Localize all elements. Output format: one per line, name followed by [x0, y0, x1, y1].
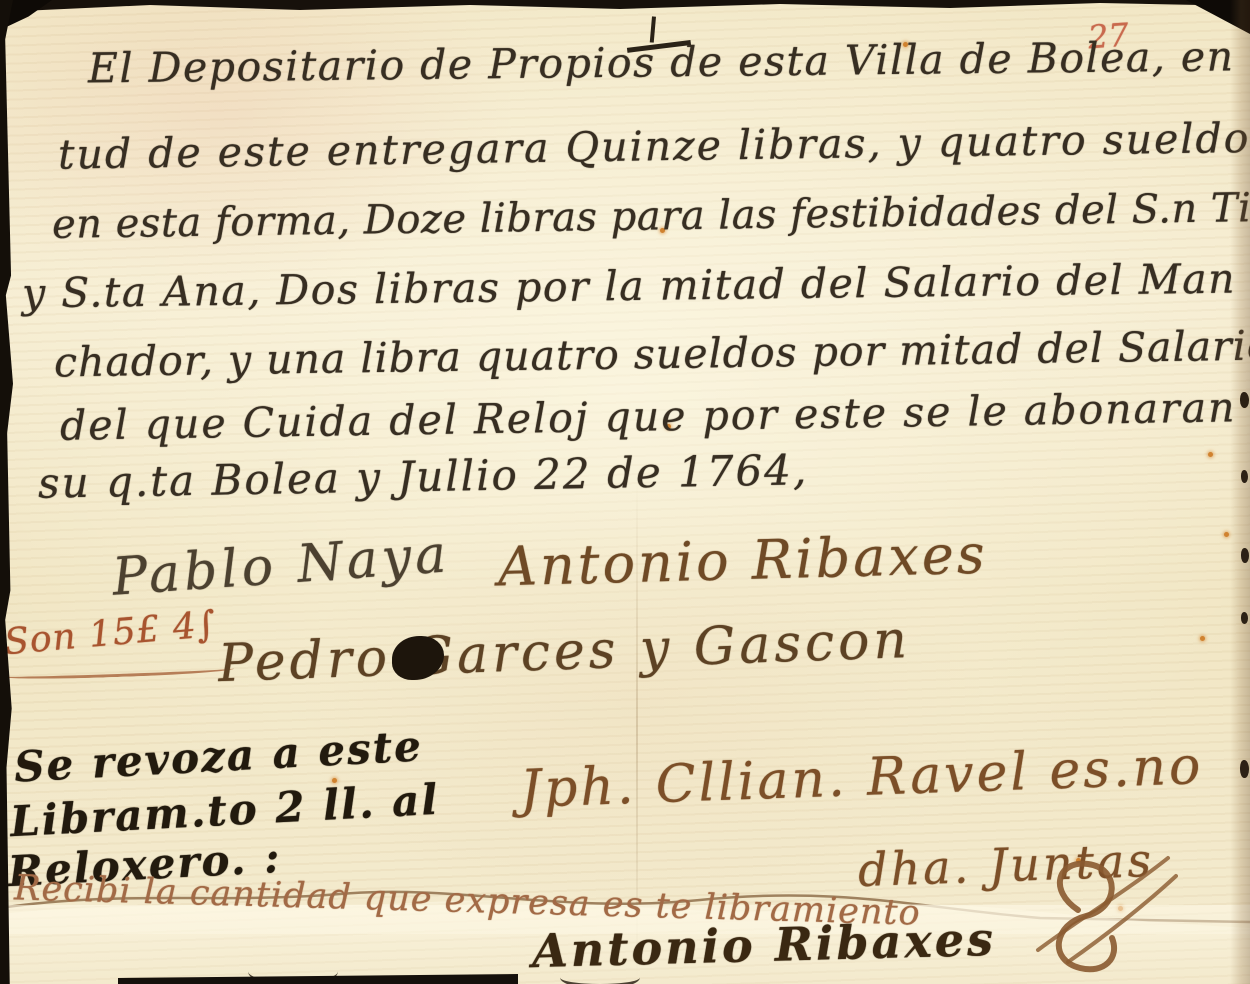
torn-fragment [560, 966, 640, 984]
adjacent-page-ink-fragment [1241, 548, 1249, 563]
adjacent-page-ink-fragment [1240, 392, 1249, 408]
body-line: chador, y una libra quatro sueldos por m… [54, 325, 1250, 383]
foxing-dot [1208, 452, 1213, 457]
body-line: su q.ta Bolea y Jullio 22 de 1764, [38, 449, 809, 504]
body-line: del que Cuida del Reloj que por este se … [60, 386, 1250, 447]
foxing-dot [1200, 636, 1205, 641]
adjacent-page-ink-fragment [1240, 760, 1249, 778]
manuscript-scan: 27 El Depositario de Propios de esta Vil… [0, 0, 1250, 984]
adjacent-page-ink-fragment [1241, 612, 1248, 624]
adjacent-page-ink-fragment [1241, 470, 1248, 483]
signature-antonio-ribaxes: Antonio Ribaxes [497, 528, 988, 595]
body-line: El Depositario de Propios de esta Villa … [88, 36, 1250, 90]
foxing-dot [1224, 532, 1229, 537]
body-line: en esta forma, Doze libras para las fest… [52, 187, 1250, 245]
notary-rubric-flourish [1008, 850, 1178, 980]
amount-margin-note: Son 15£ 4∫ [3, 607, 218, 661]
body-line: y S.ta Ana, Dos libras por la mitad del … [22, 259, 1236, 315]
signature-pablo-naya: Pablo Naya [111, 528, 452, 603]
amount-underline [2, 664, 234, 681]
notary-signature: Jph. Cllian. Ravel es.no [519, 740, 1204, 816]
signature-pedro-garces: Pedro Garces y Gascon [217, 614, 911, 690]
torn-top-edge [0, 0, 1250, 14]
body-line: tud de este entregara Quinze libras, y q… [58, 117, 1250, 175]
right-fold-crease [1230, 0, 1250, 984]
